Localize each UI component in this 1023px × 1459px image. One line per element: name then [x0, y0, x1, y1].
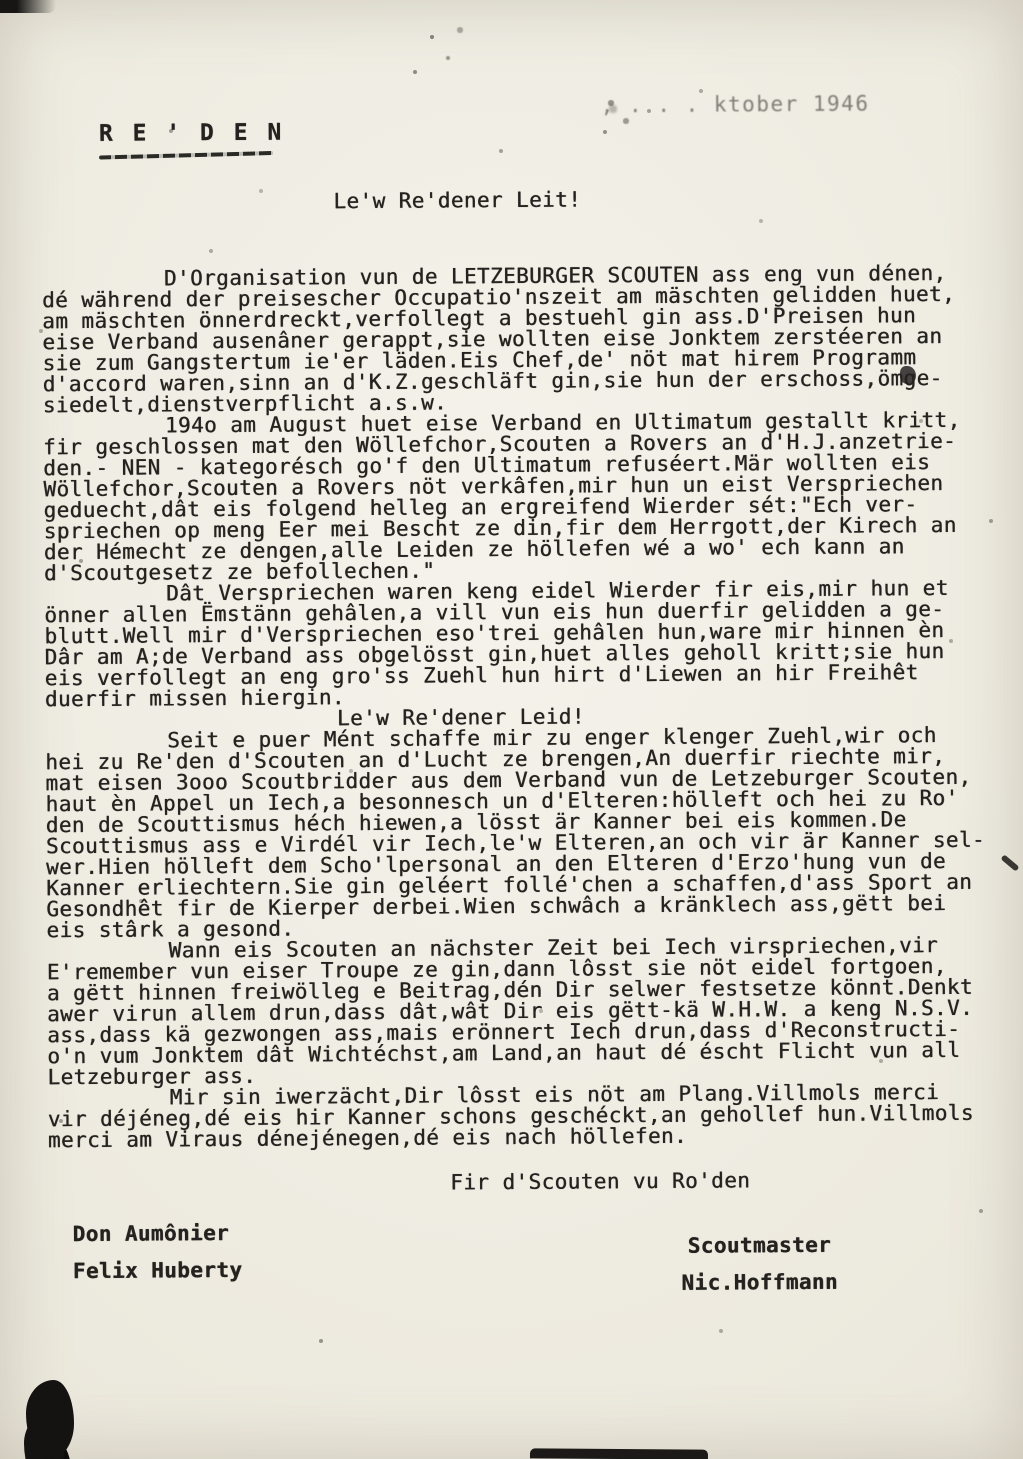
heading-text: R E ' D E N	[99, 120, 285, 147]
heading-underline	[99, 151, 273, 160]
salutation: Le'w Re'dener Leit!	[333, 187, 1006, 213]
paragraph-2: 194o am August huet eise Verband en Ulti…	[43, 410, 1009, 585]
signature-block: Don Aumônier Felix Huberty Scoutmaster N…	[49, 1218, 1014, 1299]
signature-left: Don Aumônier Felix Huberty	[73, 1223, 243, 1298]
paragraph-4: Seit e puer Mént schaffe mir zu enger kl…	[45, 725, 1011, 942]
paragraph-6: Mir sin iwerzächt,Dir lôsst eis nöt am P…	[48, 1082, 1013, 1152]
signature-left-role: Don Aumônier	[73, 1223, 243, 1245]
signature-right-name: Nic.Hoffmann	[681, 1272, 838, 1294]
letter-heading: R E ' D E N	[99, 120, 285, 158]
paragraph-3: Dât Verspriechen waren keng eidel Wierde…	[44, 578, 1010, 711]
closing-line: Fir d'Scouten vu Ro'den	[450, 1169, 1013, 1194]
scanned-letter-page: R E ' D E N , . . . ktober 1946 Le'w Re'…	[0, 0, 1023, 1459]
paragraph-5: Wann eis Scouten an nächster Zeit bei Ie…	[47, 935, 1013, 1089]
letter-body: Le'w Re'dener Leit! D'Organisation vun d…	[41, 187, 1014, 1299]
text-line: merci am Viraus dénejénegen,dé eis nach …	[48, 1124, 1013, 1152]
date-line: , . . . ktober 1946	[601, 92, 870, 118]
letter-content: R E ' D E N , . . . ktober 1946 Le'w Re'…	[0, 0, 1023, 1459]
signature-left-name: Felix Huberty	[73, 1260, 243, 1282]
signature-right-role: Scoutmaster	[681, 1235, 838, 1257]
signature-right: Scoutmaster Nic.Hoffmann	[681, 1235, 838, 1294]
paragraph-1: D'Organisation vun de LETZEBURGER SCOUTE…	[42, 263, 1008, 417]
